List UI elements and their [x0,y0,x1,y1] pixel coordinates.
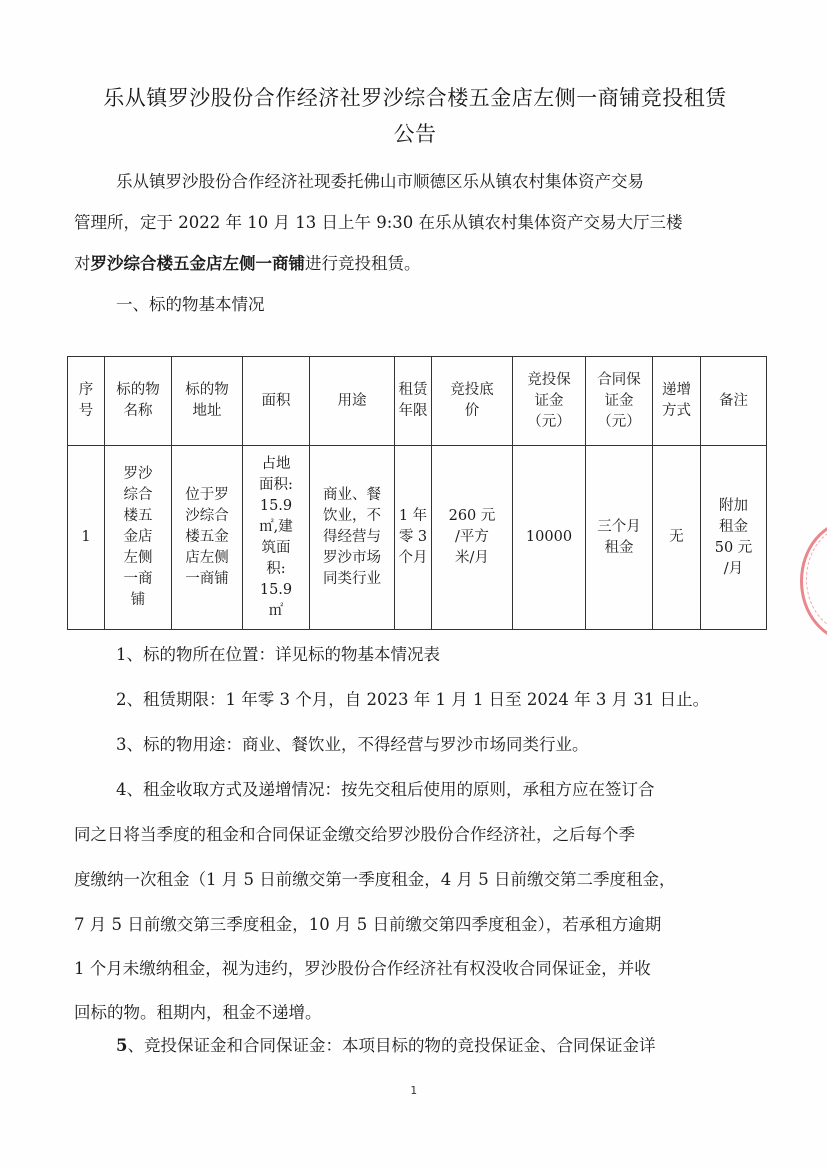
document-title: 乐从镇罗沙股份合作经济社罗沙综合楼五金店左侧一商铺竞投租赁 [60,82,770,112]
cell-use: 商业、餐饮业，不得经营与罗沙市场同类行业 [310,446,395,630]
cell-term: 1 年零 3个月 [395,446,432,630]
item-4-line-4: 7 月 5 日前缴交第三季度租金，10 月 5 日前缴交第四季度租金），若承租方… [74,911,661,935]
header-bid-deposit: 竞投保证金（元） [513,357,586,446]
cell-base-price: 260 元/平方米/月 [432,446,513,630]
document-page: 乐从镇罗沙股份合作经济社罗沙综合楼五金店左侧一商铺竞投租赁 公告 乐从镇罗沙股份… [0,0,827,1169]
intro-line-2: 管理所，定于 2022 年 10 月 13 日上午 9:30 在乐从镇农村集体资… [74,209,683,233]
item-5-number: 5 [116,1036,127,1055]
cell-address: 位于罗沙综合楼五金店左侧一商铺 [172,446,243,630]
header-contract-deposit: 合同保证金（元） [586,357,653,446]
cell-bid-deposit: 10000 [513,446,586,630]
header-address: 标的物地址 [172,357,243,446]
header-use: 用途 [310,357,395,446]
item-4-line-5: 1 个月未缴纳租金，视为违约，罗沙股份合作经济社有权没收合同保证金，并收 [74,955,651,979]
item-5-text: 、竞投保证金和合同保证金：本项目标的物的竞投保证金、合同保证金详 [127,1036,655,1055]
cell-contract-deposit: 三个月租金 [586,446,653,630]
intro-line-3: 对罗沙综合楼五金店左侧一商铺进行竞投租赁。 [74,250,421,274]
header-name: 标的物名称 [105,357,172,446]
page-number: 1 [0,1084,827,1097]
item-5-deposits: 5、竞投保证金和合同保证金：本项目标的物的竞投保证金、合同保证金详 [116,1032,655,1056]
header-base-price: 竞投底价 [432,357,513,446]
table-row: 1 罗沙综合楼五金店左侧一商铺 位于罗沙综合楼五金店左侧一商铺 占地面积:15.… [68,446,767,630]
cell-name: 罗沙综合楼五金店左侧一商铺 [105,446,172,630]
header-remarks: 备注 [701,357,767,446]
cell-no: 1 [68,446,105,630]
header-term: 租赁年限 [395,357,432,446]
item-4-line-1: 4、租金收取方式及递增情况：按先交租后使用的原则，承租方应在签订合 [116,776,655,800]
intro-line-3-suffix: 进行竞投租赁。 [305,254,421,273]
section-heading-basic-info: 一、标的物基本情况 [116,291,265,315]
intro-line-3-prefix: 对 [74,254,91,273]
item-4-line-3: 度缴纳一次租金（1 月 5 日前缴交第一季度租金，4 月 5 日前缴交第二季度租… [74,866,675,890]
document-title-subtitle: 公告 [60,118,770,148]
item-4-line-6: 回标的物。租期内，租金不递增。 [74,999,322,1023]
item-3-usage: 3、标的物用途：商业、餐饮业，不得经营与罗沙市场同类行业。 [116,731,589,755]
table-header-row: 序号 标的物名称 标的物地址 面积 用途 租赁年限 竞投底价 竞投保证金（元） … [68,357,767,446]
cell-remarks: 附加租金50 元/月 [701,446,767,630]
item-2-lease-term: 2、租赁期限：1 年零 3 个月，自 2023 年 1 月 1 日至 2024 … [116,686,709,710]
property-name-bold: 罗沙综合楼五金店左侧一商铺 [91,254,306,273]
header-increase-method: 递增方式 [653,357,701,446]
property-info-table: 序号 标的物名称 标的物地址 面积 用途 租赁年限 竞投底价 竞投保证金（元） … [67,356,767,630]
item-1-location: 1、标的物所在位置：详见标的物基本情况表 [116,641,440,665]
cell-increase-method: 无 [653,446,701,630]
header-area: 面积 [243,357,310,446]
intro-line-1: 乐从镇罗沙股份合作经济社现委托佛山市顺德区乐从镇农村集体资产交易 [116,168,644,192]
item-4-line-2: 同之日将当季度的租金和合同保证金缴交给罗沙股份合作经济社，之后每个季 [74,821,635,845]
cell-area: 占地面积:15.9㎡,建筑面积:15.9㎡ [243,446,310,630]
header-no: 序号 [68,357,105,446]
